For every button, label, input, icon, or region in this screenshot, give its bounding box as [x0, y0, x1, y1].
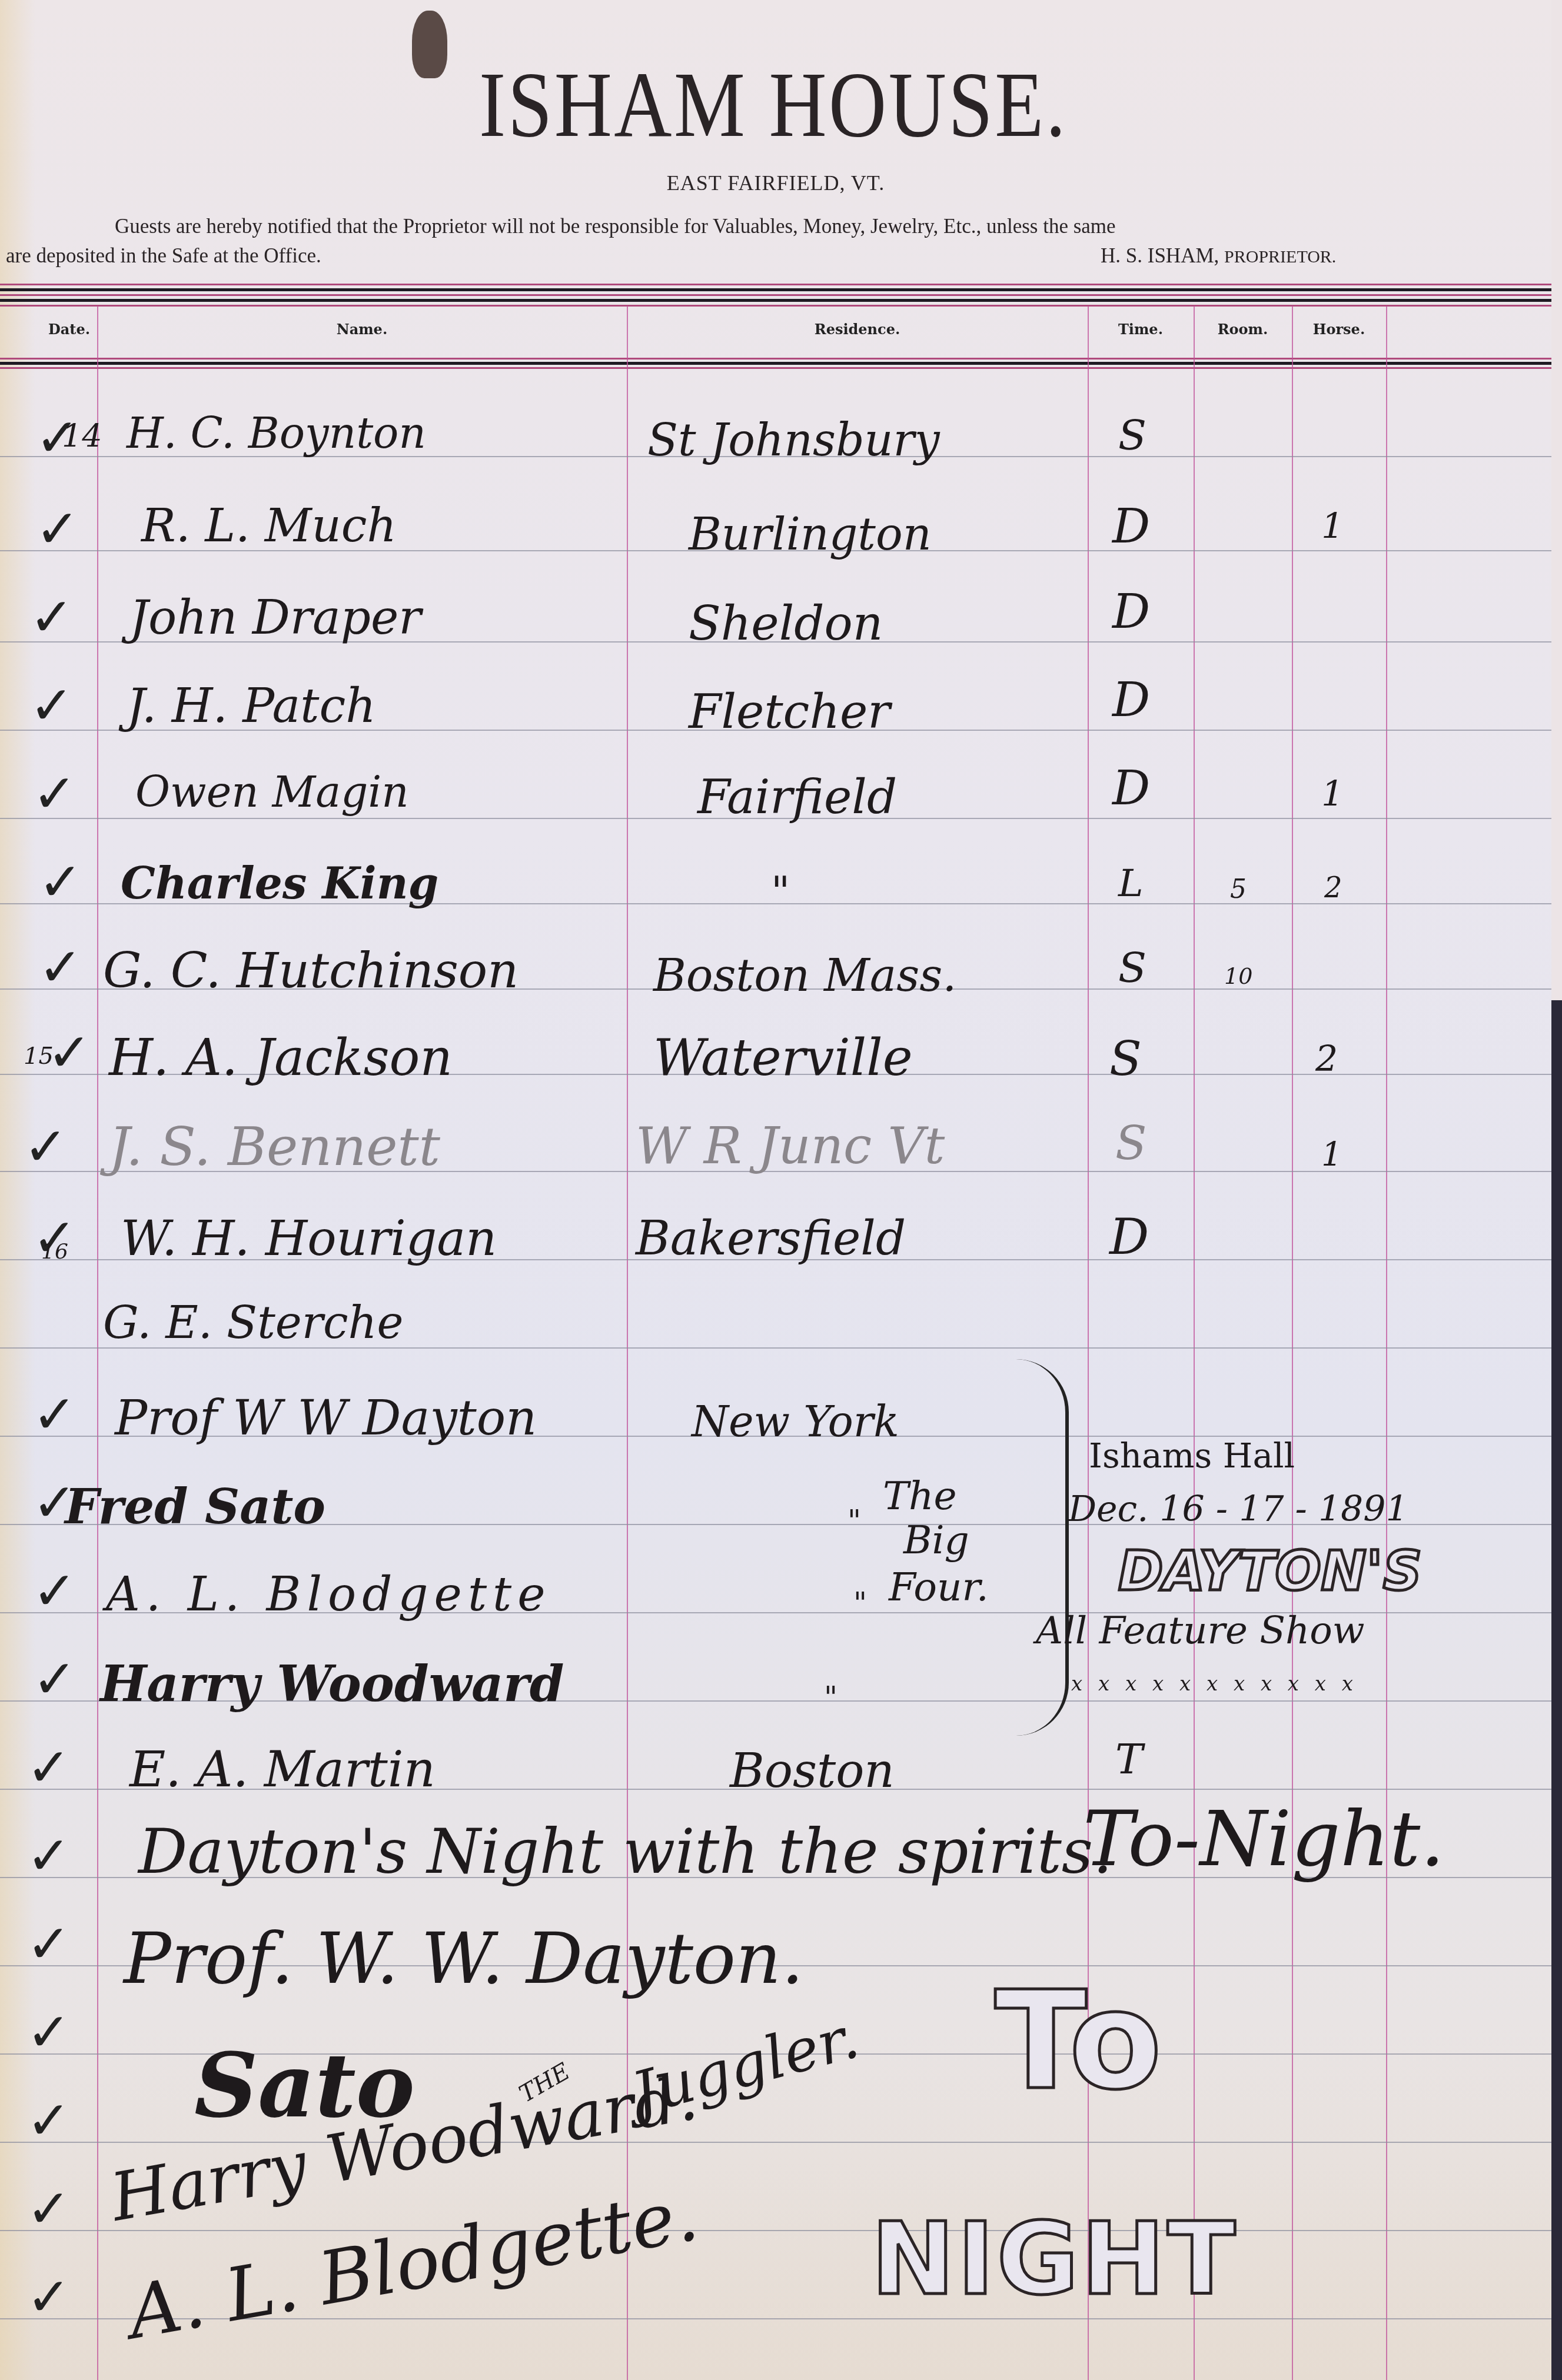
- big-four-the: The: [883, 1477, 957, 1516]
- advert-prof-line: Prof. W. W. Dayton.: [124, 1924, 804, 1995]
- column-header-room: Room.: [1194, 321, 1292, 338]
- entry-horse: 1: [1321, 509, 1344, 544]
- entry-horse: 2: [1315, 1041, 1338, 1077]
- entry-time: S: [1118, 415, 1146, 456]
- big-four-big: Big: [903, 1521, 969, 1560]
- entry-room: 5: [1230, 877, 1247, 903]
- entry-horse: 2: [1324, 874, 1342, 902]
- entry-time: D: [1109, 1212, 1149, 1261]
- entry-date: 14: [62, 421, 102, 452]
- entry-time: D: [1112, 503, 1150, 550]
- entry-name: H. A. Jackson: [109, 1033, 453, 1083]
- check-mark-icon: ✓: [32, 1653, 77, 1706]
- entry-time: T: [1115, 1739, 1143, 1780]
- proprietor-signature: H. S. ISHAM, Proprietor.: [1101, 244, 1336, 268]
- advert-dates: Dec. 16 - 17 - 1891: [1068, 1492, 1408, 1527]
- entry-time: D: [1112, 765, 1150, 812]
- bracket-brace: [995, 1359, 1069, 1736]
- column-rule: [97, 306, 98, 2380]
- check-mark-icon: ✓: [26, 2183, 71, 2236]
- advert-tonight-small: To-Night.: [1083, 1800, 1445, 1877]
- entry-residence: New York: [692, 1400, 899, 1443]
- entry-name: H. C. Boynton: [127, 412, 426, 454]
- entry-time: S: [1118, 947, 1146, 988]
- check-mark-icon: ✓: [26, 1742, 71, 1795]
- check-mark-icon: ✓: [26, 1918, 71, 1971]
- entry-time: D: [1112, 677, 1150, 724]
- entry-residence: Bakersfield: [636, 1215, 906, 1262]
- entry-name: Harry Woodward: [100, 1659, 564, 1709]
- entry-name: J. S. Bennett: [109, 1121, 440, 1174]
- advert-big-night: NIGHT: [871, 2209, 1238, 2309]
- entry-horse: 1: [1321, 1139, 1342, 1171]
- entry-name: A. L. Blodgette: [106, 1571, 551, 1618]
- column-header-residence: Residence.: [627, 321, 1088, 338]
- notice-line-2: are deposited in the Safe at the Office.: [6, 244, 321, 268]
- check-mark-icon: ✓: [35, 503, 79, 556]
- entry-time: S: [1115, 1121, 1146, 1167]
- column-rule: [1292, 306, 1293, 2380]
- advert-show-name: DAYTON'S: [1118, 1544, 1422, 1599]
- entry-horse: 1: [1321, 777, 1344, 812]
- check-mark-icon: ✓: [24, 1121, 68, 1174]
- check-mark-icon: ✓: [32, 1565, 77, 1618]
- entry-residence: Boston: [730, 1747, 895, 1795]
- check-mark-icon: ✓: [26, 2271, 71, 2324]
- ditto-mark: ": [824, 1683, 838, 1712]
- entry-name: Fred Sato: [65, 1483, 325, 1531]
- entry-residence: Fletcher: [689, 688, 890, 735]
- advert-show-subtitle: All Feature Show: [1036, 1612, 1365, 1650]
- entry-name: W. H. Hourigan: [121, 1215, 497, 1263]
- check-mark-icon: ✓: [26, 2006, 71, 2059]
- entry-residence: Sheldon: [689, 600, 883, 647]
- check-mark-icon: ✓: [47, 1027, 91, 1080]
- column-header-time: Time.: [1088, 321, 1194, 338]
- header-band-bottom: [0, 358, 1551, 375]
- entry-time: S: [1109, 1036, 1142, 1083]
- check-mark-icon: ✓: [29, 591, 74, 644]
- ditto-mark: ": [848, 1506, 861, 1536]
- entry-residence: Fairfield: [697, 774, 897, 821]
- column-rule: [1386, 306, 1387, 2380]
- entry-name: Prof W W Dayton: [115, 1394, 537, 1443]
- entry-time: D: [1112, 588, 1150, 635]
- check-mark-icon: ✓: [38, 856, 82, 909]
- ditto-mark: ": [853, 1589, 867, 1618]
- column-header-horse: Horse.: [1292, 321, 1386, 338]
- advert-venue: Ishams Hall: [1089, 1439, 1295, 1473]
- entry-residence: St Johnsbury: [647, 418, 940, 462]
- check-mark-icon: ✓: [26, 2095, 71, 2148]
- big-four-four: Four.: [889, 1568, 989, 1607]
- entry-name: Charles King: [121, 862, 438, 906]
- entry-name: R. L. Much: [141, 503, 397, 549]
- advert-stars: x x x x x x x x x x x: [1071, 1674, 1358, 1694]
- entry-room: 10: [1224, 965, 1252, 987]
- column-header-name: Name.: [97, 321, 627, 338]
- header-band-top: [0, 281, 1551, 317]
- entry-name: J. H. Patch: [127, 683, 376, 730]
- proprietor-title: Proprietor.: [1224, 247, 1336, 267]
- entry-residence: Waterville: [653, 1033, 913, 1083]
- register-page: ISHAM HOUSE. EAST FAIRFIELD, VT. Guests …: [0, 0, 1551, 2380]
- entry-date: 15: [24, 1044, 54, 1068]
- check-mark-icon: ✓: [32, 1389, 77, 1442]
- check-mark-icon: ✓: [29, 680, 74, 733]
- proprietor-name: H. S. ISHAM,: [1101, 244, 1219, 267]
- entry-name: John Draper: [129, 594, 421, 641]
- book-binding-edge: [1551, 1000, 1562, 2380]
- entry-name: G. C. Hutchinson: [103, 947, 519, 996]
- advert-spirits-line: Dayton's Night with the spirits.: [138, 1821, 1112, 1882]
- entry-time: L: [1118, 865, 1144, 903]
- check-mark-icon: ✓: [32, 768, 77, 821]
- entry-name: Owen Magin: [135, 771, 409, 813]
- check-mark-icon: ✓: [26, 1830, 71, 1883]
- check-mark-icon: ✓: [38, 941, 82, 994]
- entry-date: 16: [41, 1241, 68, 1263]
- entry-residence: Boston Mass.: [653, 953, 956, 998]
- advert-big-to: To: [995, 1974, 1162, 2109]
- column-rule: [1194, 306, 1195, 2380]
- hotel-location: EAST FAIRFIELD, VT.: [0, 171, 1551, 195]
- notice-line-1: Guests are hereby notified that the Prop…: [115, 215, 1116, 238]
- entry-residence: ": [771, 871, 790, 912]
- entry-name: G. E. Sterche: [103, 1300, 404, 1345]
- entry-residence: Burlington: [689, 512, 932, 557]
- column-header-date: Date.: [41, 321, 97, 338]
- entry-name: E. A. Martin: [129, 1745, 436, 1794]
- row-rule: [0, 2230, 1551, 2231]
- entry-residence: W R Junc Vt: [636, 1121, 945, 1171]
- hotel-title: ISHAM HOUSE.: [107, 59, 1441, 152]
